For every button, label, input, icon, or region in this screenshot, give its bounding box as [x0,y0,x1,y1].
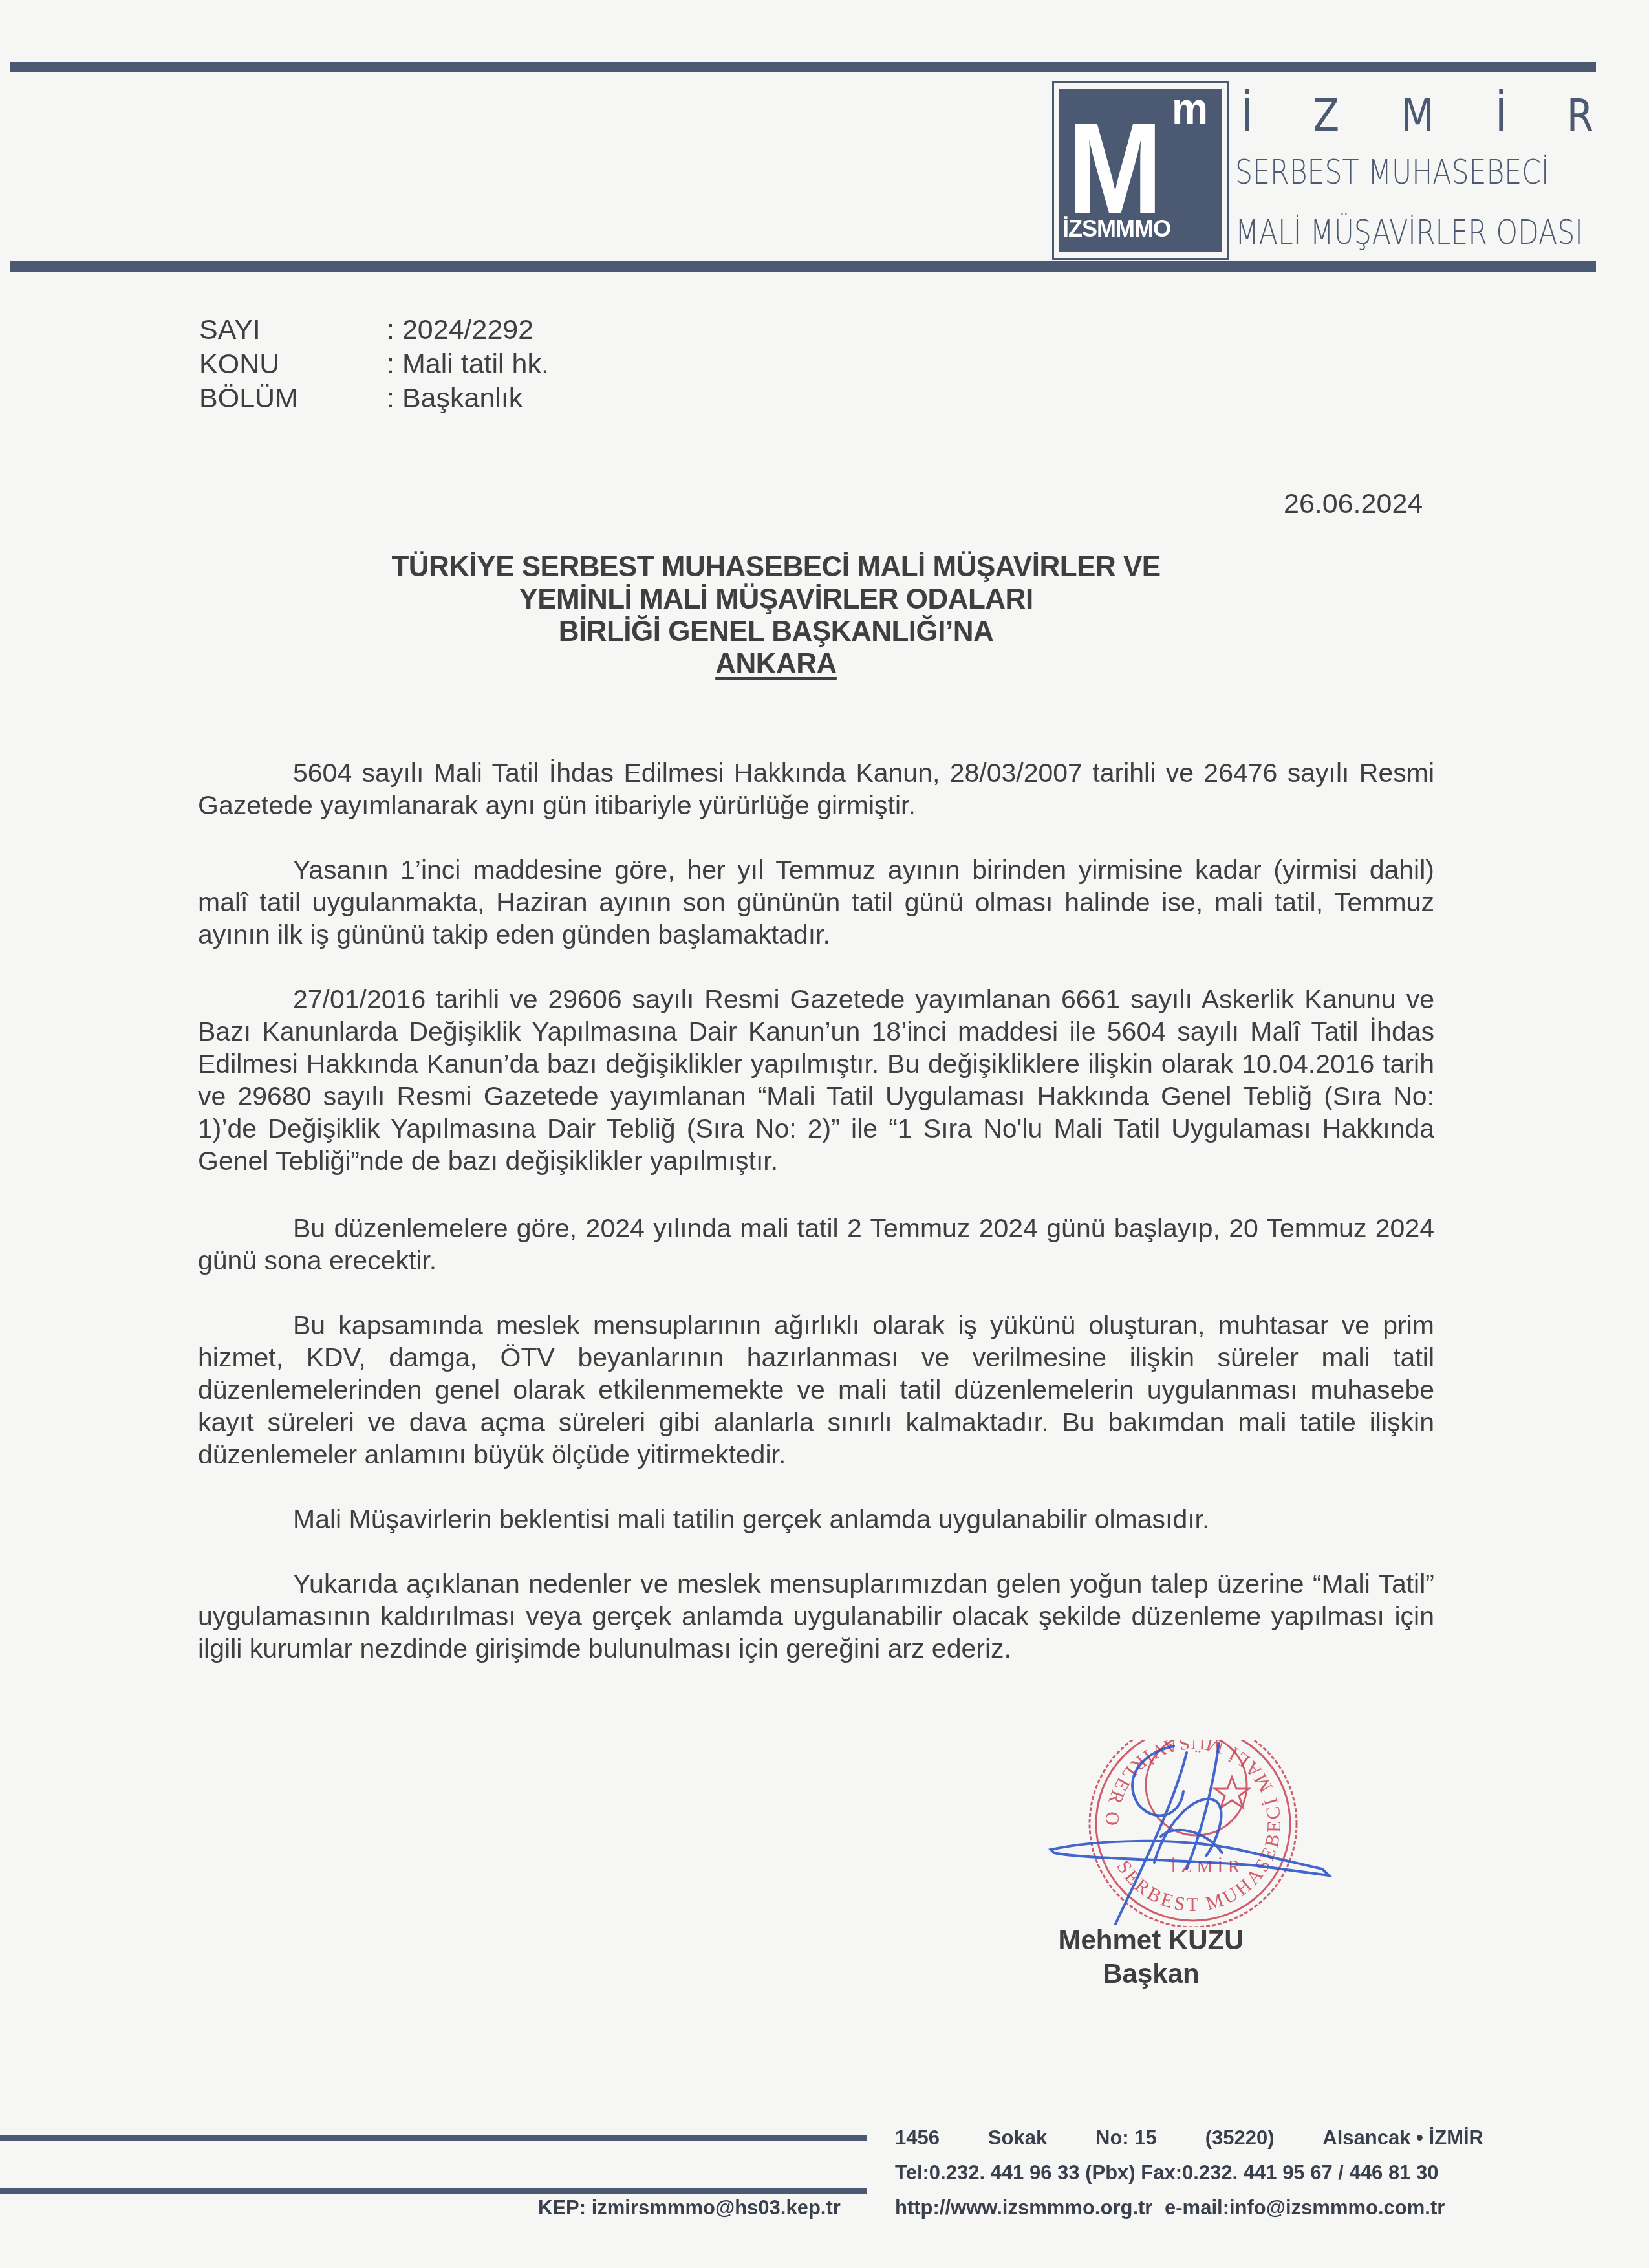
letter-body: 5604 sayılı Mali Tatil İhdas Edilmesi Ha… [198,757,1434,1697]
footer-rule-bottom [0,2188,867,2194]
signer-title: Başkan [1041,1957,1261,1991]
body-paragraph: Bu düzenlemelere göre, 2024 yılında mali… [198,1212,1434,1277]
address-part: 1456 [895,2126,940,2150]
logo-letter-m-large: M [1068,121,1159,218]
header-rule-bottom [10,261,1596,272]
footer-web-email: http://www.izsmmmo.org.tr e-mail:info@iz… [895,2196,1445,2219]
logo-letter-m-small: m [1172,86,1208,131]
address-part: (35220) [1205,2126,1275,2150]
recipient-line: YEMİNLİ MALİ MÜŞAVİRLER ODALARI [259,583,1293,616]
city-letter: İ [1495,89,1507,141]
address-part: No: 15 [1095,2126,1157,2150]
document-meta: SAYI : 2024/2292 KONU : Mali tatil hk. B… [199,313,549,416]
city-letter: M [1401,89,1434,141]
body-paragraph: 5604 sayılı Mali Tatil İhdas Edilmesi Ha… [198,757,1434,821]
meta-row-subject: KONU : Mali tatil hk. [199,347,549,382]
letter-date: 26.06.2024 [1284,488,1423,520]
city-letter: İ [1242,89,1253,141]
meta-row-number: SAYI : 2024/2292 [199,313,549,347]
body-paragraph: Bu kapsamında meslek mensuplarının ağırl… [198,1309,1434,1471]
footer-address: 1456 Sokak No: 15 (35220) Alsancak • İZM… [895,2126,1483,2150]
meta-value: : Mali tatil hk. [387,347,549,382]
org-name-line-2: MALİ MÜŞAVİRLER ODASI [1235,213,1532,252]
recipient-line: BİRLİĞİ GENEL BAŞKANLIĞI’NA [259,616,1293,648]
stamp-text: SERBEST MUHASEBECİ MALİ MÜŞAVİRLER ODASI [1044,1740,1285,1916]
body-paragraph: Yasanın 1’inci maddesine göre, her yıl T… [198,854,1434,951]
city-letter: R [1567,89,1593,141]
org-city-name: İ Z M İ R [1240,89,1596,141]
city-letter: Z [1313,89,1339,141]
meta-row-department: BÖLÜM : Başkanlık [199,382,549,416]
address-part: Sokak [988,2126,1047,2150]
recipient-line: TÜRKİYE SERBEST MUHASEBECİ MALİ MÜŞAVİRL… [259,551,1293,583]
meta-key: BÖLÜM [199,382,387,416]
footer-kep-address[interactable]: KEP: izmirsmmmo@hs03.kep.tr [538,2196,841,2219]
body-paragraph: Mali Müşavirlerin beklentisi mali tatili… [198,1503,1434,1535]
logo-abbreviation: İZSMMMO [1062,215,1170,243]
recipient-city: ANKARA [715,648,837,680]
body-paragraph: 27/01/2016 tarihli ve 29606 sayılı Resmi… [198,983,1434,1177]
meta-value: : 2024/2292 [387,313,533,347]
meta-value: : Başkanlık [387,382,523,416]
footer-phone-fax: Tel:0.232. 441 96 33 (Pbx) Fax:0.232. 44… [895,2161,1438,2185]
email-link[interactable]: e-mail:info@izsmmmo.com.tr [1165,2196,1445,2219]
svg-text:SERBEST MUHASEBECİ MALİ MÜŞAVİ: SERBEST MUHASEBECİ MALİ MÜŞAVİRLER ODASI [1044,1740,1285,1916]
org-name-line-1: SERBEST MUHASEBECİ [1235,153,1532,192]
footer-rule-top [0,2135,867,2141]
meta-key: KONU [199,347,387,382]
stamp-center-text: İ Z M İ R [1170,1857,1240,1877]
organization-logo: M m İZSMMMO [1052,81,1229,260]
website-link[interactable]: http://www.izsmmmo.org.tr [895,2196,1152,2219]
body-paragraph: Yukarıda açıklanan nedenler ve meslek me… [198,1568,1434,1665]
address-part: Alsancak • İZMİR [1322,2126,1483,2150]
meta-key: SAYI [199,313,387,347]
signature-block: Mehmet KUZU Başkan [1041,1923,1261,1991]
recipient-block: TÜRKİYE SERBEST MUHASEBECİ MALİ MÜŞAVİRL… [259,551,1293,680]
official-stamp-and-signature: SERBEST MUHASEBECİ MALİ MÜŞAVİRLER ODASI… [1044,1740,1348,1927]
signer-name: Mehmet KUZU [1041,1923,1261,1957]
header-rule-top [10,62,1596,72]
